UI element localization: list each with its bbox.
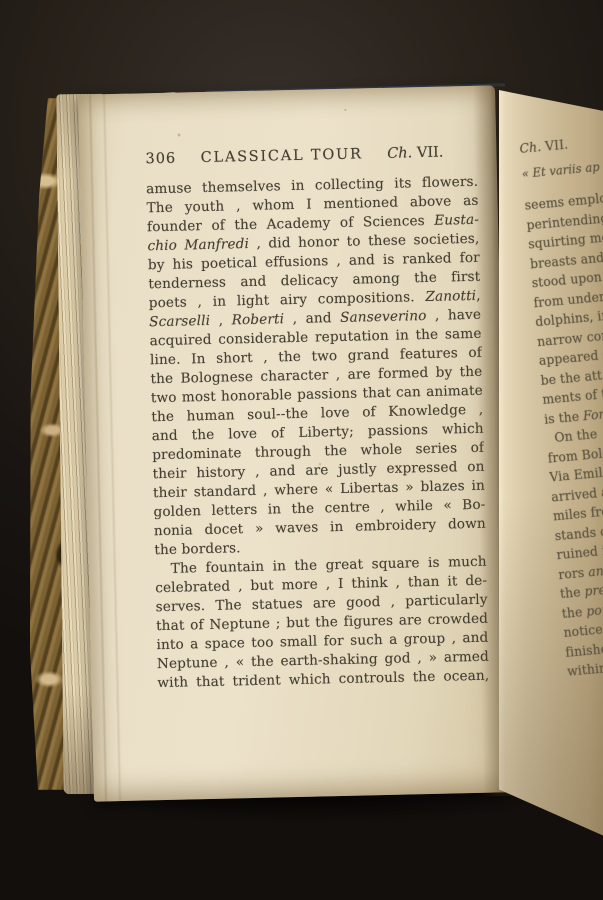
text-segment: pontific xyxy=(586,600,603,619)
text-segment: , did honor to these societies, xyxy=(249,231,480,252)
text-segment: the human soul--the love of Knowledge , xyxy=(151,402,483,426)
text-segment: nonia docet » waves in embroidery down xyxy=(154,516,486,540)
text-segment: the xyxy=(560,585,586,602)
text-segment: dolphins, in xyxy=(535,309,603,331)
text-segment: tenderness and delicacy among the first … xyxy=(148,269,480,295)
book-photo: 306 CLASSICAL TOUR Ch. VII. amuse themse… xyxy=(0,0,603,900)
text-line: The fountain in the great square is much xyxy=(155,553,487,580)
text-segment: their history , and are justly expressed… xyxy=(152,459,484,483)
text-line: tenderness and delicacy among the first … xyxy=(148,268,480,295)
text-segment: Scarselli xyxy=(149,313,210,330)
text-line: acquired considerable reputation in the … xyxy=(149,325,481,352)
text-line: the human soul--the love of Knowledge , xyxy=(151,401,483,428)
text-segment: with that trident which controuls the oc… xyxy=(157,668,489,692)
text-segment: appeared sp xyxy=(538,347,603,369)
text-line: with that trident which controuls the oc… xyxy=(157,667,489,694)
right-chapter-abbr: Ch. xyxy=(519,140,542,157)
right-page: Ch. VII. T « Et variis ap seems emploper… xyxy=(499,84,603,836)
text-segment: line. In short , the two grand features … xyxy=(150,345,482,369)
text-line: Scarselli , Roberti , and Sanseverino , … xyxy=(149,306,481,333)
text-line: chio Manfredi , did honor to these socie… xyxy=(147,230,479,257)
text-segment: the borders. xyxy=(154,540,241,558)
text-line: two most honorable passions that can ani… xyxy=(151,382,483,409)
text-segment: The fountain in the great square is much xyxy=(171,554,487,577)
text-segment: , xyxy=(210,312,232,328)
text-line: and the love of Liberty; passions which xyxy=(152,420,484,447)
text-segment: the xyxy=(561,604,587,621)
text-line: the borders. xyxy=(154,534,486,561)
right-quote-fragment: « Et variis ap xyxy=(521,155,603,184)
text-segment: amuse themselves in collecting its flowe… xyxy=(146,174,478,198)
text-segment: present xyxy=(584,581,603,600)
text-segment: predominate through the whole series of xyxy=(152,440,484,464)
text-segment: ruined in t xyxy=(556,542,603,563)
text-line: celebrated , but more , I think , than i… xyxy=(155,572,487,599)
text-segment: rors xyxy=(558,565,589,583)
left-page-text-block: 306 CLASSICAL TOUR Ch. VII. amuse themse… xyxy=(145,144,489,693)
chapter-label: Ch. VII. xyxy=(387,145,444,162)
text-line: by his poetical effusions , and is ranke… xyxy=(148,249,480,276)
text-segment: two most honorable passions that can ani… xyxy=(151,383,483,407)
running-title: CLASSICAL TOUR xyxy=(200,146,363,166)
text-segment: celebrated , but more , I think , than i… xyxy=(155,573,487,597)
text-segment: that of Neptune ; but the figures are cr… xyxy=(156,611,488,635)
text-segment: On the xyxy=(554,427,598,446)
text-segment: and the love of Liberty; passions which xyxy=(152,421,484,445)
text-line: Neptune , « the earth-shaking god , » ar… xyxy=(157,648,489,675)
text-line: The youth , whom I mentioned above as xyxy=(146,192,478,219)
text-segment: miles from xyxy=(552,503,603,524)
text-segment: Font xyxy=(582,406,603,424)
text-line: their history , and are justly expressed… xyxy=(152,458,484,485)
text-segment: is the xyxy=(544,409,584,427)
text-segment: their standard , where « Libertas » blaz… xyxy=(153,478,485,502)
text-line: predominate through the whole series of xyxy=(152,439,484,466)
text-segment: Sanseverino xyxy=(340,308,427,326)
text-segment: Neptune , « the earth-shaking god , » ar… xyxy=(157,649,489,673)
text-segment: and the xyxy=(588,561,603,580)
text-segment: Via Emilia xyxy=(549,465,603,486)
right-chapter-numeral: VII. xyxy=(545,138,569,155)
text-line: line. In short , the two grand features … xyxy=(150,344,482,371)
text-segment: golden letters in the centre , while « B… xyxy=(153,497,485,521)
text-segment: poets , in light airy compositions. xyxy=(149,289,426,311)
text-line: founder of the Academy of Sciences Eusta… xyxy=(147,211,479,238)
right-page-text-block: Ch. VII. T « Et variis ap seems emploper… xyxy=(519,130,603,682)
text-segment: acquired considerable reputation in the … xyxy=(149,326,481,350)
left-page: 306 CLASSICAL TOUR Ch. VII. amuse themse… xyxy=(78,85,511,801)
text-segment: ments of t xyxy=(542,387,603,408)
text-segment: into a space too small for such a group … xyxy=(156,630,488,654)
text-line: poets , in light airy compositions. Zano… xyxy=(149,287,481,314)
text-segment: Eusta- xyxy=(434,212,479,229)
text-segment: , and xyxy=(284,310,340,327)
text-segment: serves. The statues are good , particula… xyxy=(155,592,487,616)
text-segment: Roberti xyxy=(231,311,284,328)
text-segment: the Bolognese character , are formed by … xyxy=(150,364,482,388)
text-line: amuse themselves in collecting its flowe… xyxy=(146,173,478,200)
text-segment: founder of the Academy of Sciences xyxy=(147,213,435,236)
text-segment: finished wi xyxy=(565,639,603,660)
text-segment: stands on xyxy=(554,523,603,543)
text-segment: notice : its xyxy=(563,620,603,641)
text-line: golden letters in the centre , while « B… xyxy=(153,496,485,523)
text-line: serves. The statues are good , particula… xyxy=(155,591,487,618)
text-line: into a space too small for such a group … xyxy=(156,629,488,656)
text-segment: by his poetical effusions , and is ranke… xyxy=(148,250,480,274)
right-page-text: seems emploperintendingsquirting moubrea… xyxy=(524,185,603,683)
right-chapter-label: Ch. VII. T xyxy=(519,130,603,160)
text-segment: The youth , whom I mentioned above as xyxy=(146,193,478,217)
text-segment: within, and xyxy=(567,658,603,679)
text-segment: chio Manfredi xyxy=(147,236,249,254)
text-segment: , have xyxy=(426,307,481,324)
page-text: amuse themselves in collecting its flowe… xyxy=(146,173,490,693)
text-line: nonia docet » waves in embroidery down xyxy=(154,515,486,542)
text-line: that of Neptune ; but the figures are cr… xyxy=(156,610,488,637)
chapter-numeral: VII. xyxy=(417,145,444,162)
page-number: 306 xyxy=(145,151,176,168)
text-line: their standard , where « Libertas » blaz… xyxy=(153,477,485,504)
chapter-abbr: Ch. xyxy=(387,145,412,162)
text-line: the Bolognese character , are formed by … xyxy=(150,363,482,390)
text-segment: Zanotti xyxy=(425,288,476,305)
text-segment: from Bolog xyxy=(547,445,603,466)
page-header: 306 CLASSICAL TOUR Ch. VII. xyxy=(145,145,443,172)
